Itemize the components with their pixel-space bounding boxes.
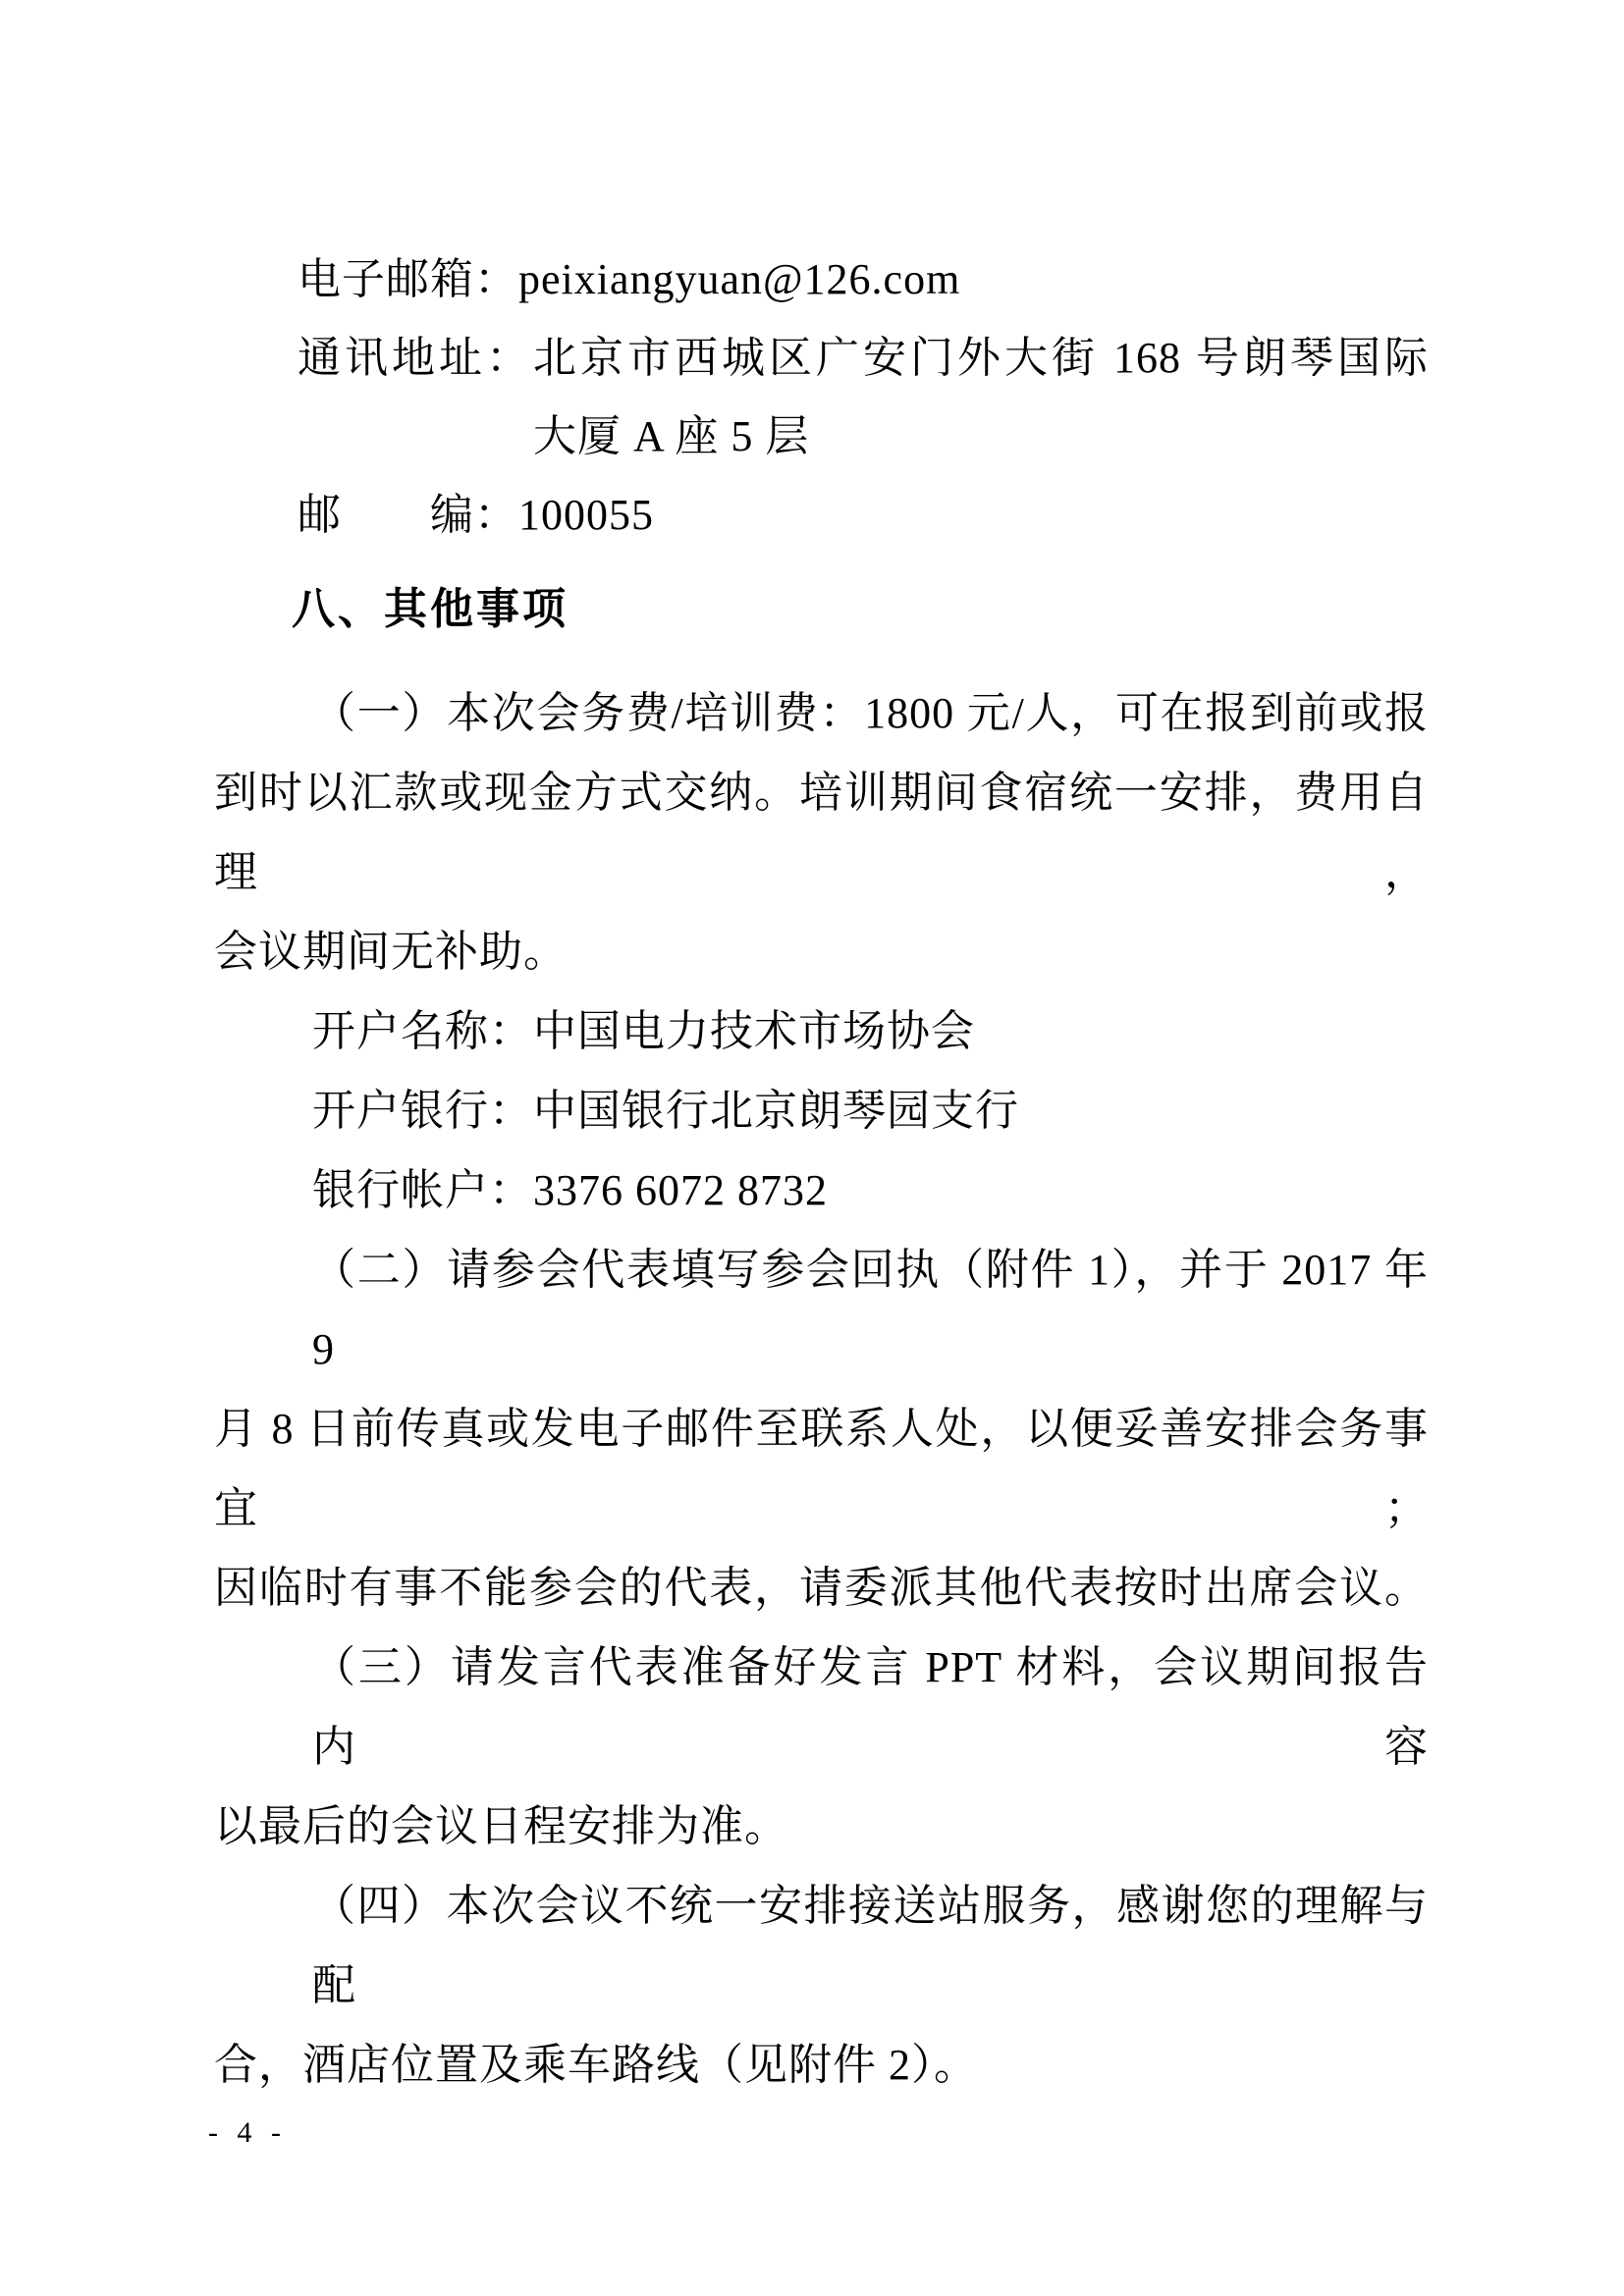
doc-line: 银行帐户：3376 6072 8732 — [312, 1150, 1429, 1230]
doc-line: 通讯地址：北京市西城区广安门外大街 168 号朗琴国际 — [298, 319, 1429, 398]
doc-line: （一）本次会务费/培训费：1800 元/人，可在报到前或报 — [312, 673, 1429, 753]
doc-line: 会议期间无补助。 — [214, 912, 1429, 991]
section-heading: 八、其他事项 — [292, 569, 1429, 649]
doc-line: 合，酒店位置及乘车路线（见附件 2）。 — [214, 2025, 1429, 2105]
doc-line: 月 8 日前传真或发电子邮件至联系人处，以便妥善安排会务事宜； — [214, 1389, 1429, 1548]
doc-line: 到时以汇款或现金方式交纳。培训期间食宿统一安排，费用自理， — [214, 753, 1429, 912]
doc-line: 以最后的会议日程安排为准。 — [214, 1787, 1429, 1866]
page-number: - 4 - — [208, 2116, 287, 2150]
doc-line: 大厦 A 座 5 层 — [533, 398, 1429, 476]
document-body: 电子邮箱：peixiangyuan@126.com通讯地址：北京市西城区广安门外… — [214, 240, 1429, 2105]
doc-line: （四）本次会议不统一安排接送站服务，感谢您的理解与配 — [312, 1866, 1429, 2025]
doc-line: 邮 编：100055 — [298, 476, 1429, 555]
document-page: 电子邮箱：peixiangyuan@126.com通讯地址：北京市西城区广安门外… — [0, 0, 1624, 2296]
doc-line: 开户名称：中国电力技术市场协会 — [312, 991, 1429, 1071]
doc-line: （三）请发言代表准备好发言 PPT 材料，会议期间报告内容 — [312, 1628, 1429, 1787]
doc-line: （二）请参会代表填写参会回执（附件 1），并于 2017 年 9 — [312, 1230, 1429, 1389]
doc-line: 因临时有事不能参会的代表，请委派其他代表按时出席会议。 — [214, 1548, 1429, 1628]
doc-line: 开户银行：中国银行北京朗琴园支行 — [312, 1071, 1429, 1150]
doc-line: 电子邮箱：peixiangyuan@126.com — [298, 240, 1429, 319]
